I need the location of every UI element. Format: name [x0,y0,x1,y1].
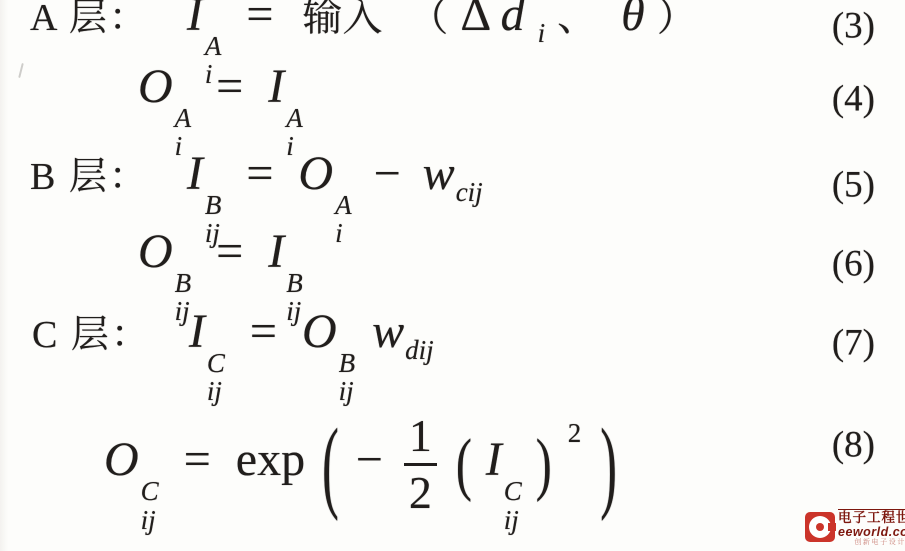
subscript: cij [456,177,483,207]
superscript: B [339,349,356,377]
close-paren: ） [657,0,697,39]
exp-function: exp [236,433,305,486]
input-text: 输入 [302,0,382,39]
layer-b-label: B 层： [30,156,149,198]
equation-number-6: (6) [832,243,875,286]
equation-row-5: B 层： IBij = OAi − wcij (5) [0,156,905,236]
equals-sign: = [250,305,277,358]
var-base: O [104,433,139,486]
math-term-lhs: IAi [187,0,221,41]
watermark-site-name: 电子工程世界 [838,509,905,526]
superscript: B [175,269,192,297]
superscript: C [207,349,225,377]
fraction-numerator: 1 [404,410,437,467]
var-base: w [372,305,404,358]
math-term-lhs: ICij [189,305,225,358]
layer-c-label: C 层： [32,314,151,356]
var-base: O [138,60,173,113]
var-base: I [268,225,284,278]
superscript: A [335,191,352,219]
watermark-tagline: 创新电子设计之家 [838,539,905,547]
eeworld-watermark: 电子工程世界 eeworld.com.cn 创新电子设计之家 [805,509,905,547]
math-term-rhs: IBij [268,225,302,278]
var-base: I [187,0,203,41]
minus-operator: − [374,147,401,200]
inner-close-paren: ) [536,425,552,505]
var-base: O [298,147,333,200]
equals-sign: = [216,60,243,113]
superscript: C [504,477,522,505]
big-close-paren: ) [600,405,617,524]
eeworld-logo-icon [805,512,835,542]
delta-symbol: Δ [460,0,488,41]
open-paren: （ [408,0,448,39]
equation-row-8: OCij = exp ( − 12 ( ICij ) 2 ) (8) [0,402,905,542]
math-term-lhs: OBij [138,225,191,278]
var-base: I [189,305,205,358]
equation-number-5: (5) [832,164,875,207]
superscript: A [175,104,192,132]
scripts: Cij [141,477,159,534]
superscript: B [286,269,303,297]
arg-subscript: i [538,18,546,48]
equation-number-4: (4) [832,78,875,121]
watermark-site-url: eeworld.com.cn [838,526,905,539]
logo-c-notch [828,523,836,531]
var-base: w [423,147,455,200]
math-term-lhs: OCij [104,433,159,486]
equation-number-8: (8) [832,424,875,467]
subscript: ij [504,506,519,534]
scripts: Cij [207,349,225,406]
equation-7: C 层： ICij = OBij wdij [32,303,434,406]
arg-var: d [501,0,525,41]
math-term-rhs1: OBij [302,305,355,358]
equation-number-7: (7) [832,322,875,365]
math-term-rhs1: OAi [298,147,351,200]
superscript: A [205,32,222,60]
equation-8: OCij = exp ( − 12 ( ICij ) 2 ) [104,410,620,534]
math-term-lhs: OAi [138,60,191,113]
math-term-inner: ICij [486,433,522,486]
theta-symbol: θ [621,0,645,41]
equation-row-4: OAi = IAi (4) [0,76,905,144]
superscript: C [141,477,159,505]
superscript: B [205,191,222,219]
equation-row-3: A 层： IAi = 输入 （ Δ d i 、 θ ） (3) [0,0,905,74]
var-base: I [268,60,284,113]
math-term-rhs2: wcij [423,147,483,200]
equals-sign: = [246,147,273,200]
fraction: 12 [404,410,437,519]
superscript: A [286,104,303,132]
equation-number-3: (3) [832,5,875,48]
equals-sign: = [246,0,273,41]
scripts: Bij [339,349,356,406]
math-term-lhs: IBij [187,147,221,200]
math-term-rhs: IAi [268,60,302,113]
fraction-denominator: 2 [409,466,432,519]
var-base: O [302,305,337,358]
enumeration-comma: 、 [557,0,597,39]
subscript: ij [141,506,156,534]
var-base: I [187,147,203,200]
scripts: Cij [504,477,522,534]
power-exponent: 2 [568,418,582,449]
watermark-text-block: 电子工程世界 eeworld.com.cn 创新电子设计之家 [838,509,905,547]
math-term-rhs2: wdij [372,305,434,358]
var-base: O [138,225,173,278]
scanned-page: A 层： IAi = 输入 （ Δ d i 、 θ ） (3) OAi = IA… [0,0,905,551]
inner-open-paren: ( [456,425,472,505]
subscript: dij [405,335,434,365]
equation-row-7: C 层： ICij = OBij wdij (7) [0,314,905,394]
equals-sign: = [216,225,243,278]
layer-a-label: A 层： [30,0,149,39]
equals-sign: = [184,433,211,486]
var-base: I [486,433,502,486]
big-open-paren: ( [322,405,339,524]
minus-sign: − [356,433,383,486]
